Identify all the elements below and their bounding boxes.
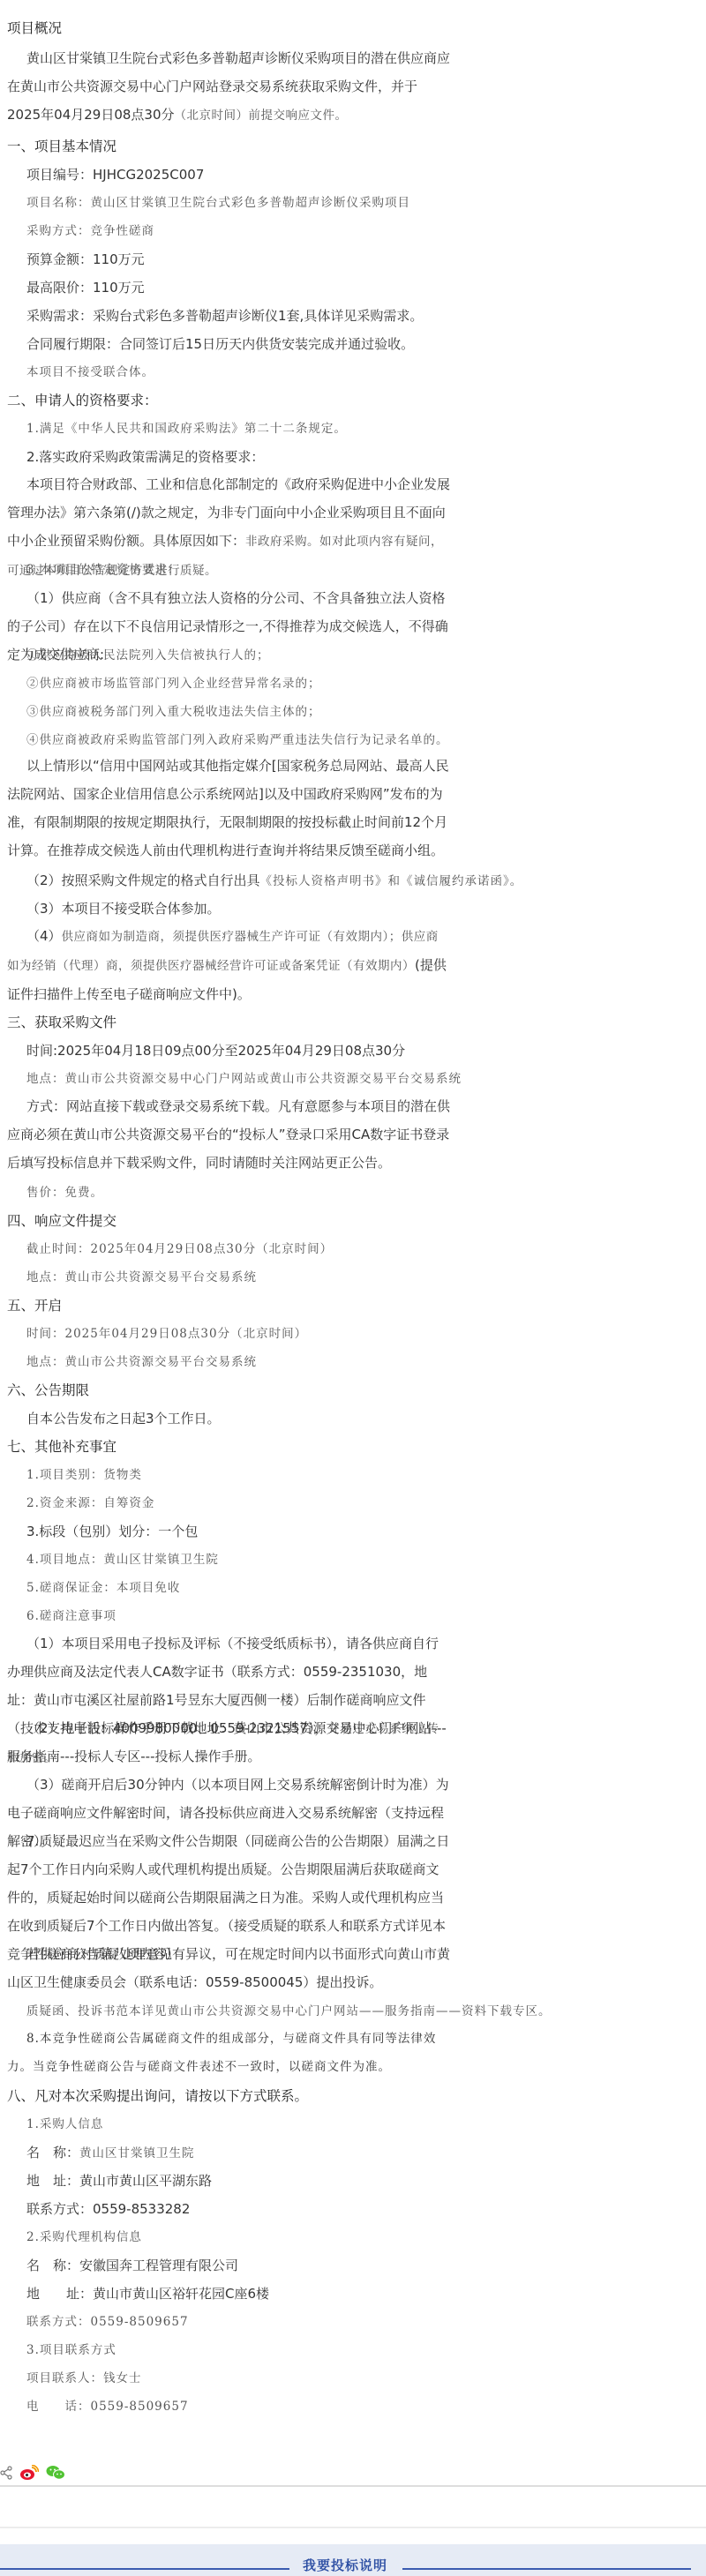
section1-heading: 一、项目基本情况 [7,138,116,155]
consultation-notes-title: 6.磋商注意事项 [26,1607,116,1625]
submission-deadline: 截止时间：2025年04月29日08点30分（北京时间） [26,1240,333,1258]
qualification-sub-4: （4）供应商如为制造商，须提供医疗器械生产许可证（有效期内）；供应商如为经销（代… [7,922,450,1008]
share-bar [0,2464,65,2482]
notice-period: 自本公告发布之日起3个工作日。 [26,1410,221,1427]
submission-place: 地点：黄山市公共资源交易平台交易系统 [26,1269,257,1286]
section7-heading: 七、其他补充事宜 [7,1438,116,1456]
project-category: 1.项目类别：货物类 [26,1466,142,1484]
weibo-icon[interactable] [19,2465,39,2481]
complaint-note: 若供应商对质疑处理意见有异议，可在规定时间内以书面形式向黄山市黄山区卫生健康委员… [7,1940,450,1996]
bid-instructions-header: 我要投标说明 [0,2544,706,2576]
acquisition-method: 方式：网站直接下载或登录交易系统下载。凡有意愿参与本项目的潜在供应商必须在黄山市… [7,1092,450,1177]
acquisition-time: 时间:2025年04月18日09点00分至2025年04月29日08点30分 [26,1042,405,1060]
section6-heading: 六、公告期限 [7,1382,89,1399]
acquisition-place: 地点：黄山市公共资源交易中心门户网站或黄山市公共资源交易平台交易系统 [26,1070,462,1088]
qualification-item-1: 1.满足《中华人民共和国政府采购法》第二十二条规定。 [26,420,347,438]
procurement-demand: 采购需求：采购台式彩色多普勒超声诊断仪1套,具体详见采购需求。 [26,307,423,325]
divider [0,2527,706,2528]
qualification-sub-2: （2）按照采购文件规定的格式自行出具《投标人资格声明书》和《诚信履约承诺函》。 [26,872,522,890]
qualification-sub-3: （3）本项目不接受联合体参加。 [26,900,221,917]
project-number: 项目编号：HJHCG2025C007 [26,166,204,183]
contract-period: 合同履行期限：合同签订后15日历天内供货安装完成并通过验收。 [26,335,414,353]
wechat-icon[interactable] [46,2465,65,2481]
qualification-item-3: 3.本项目的特定资格要求： [26,561,180,579]
purchaser-info-title: 1.采购人信息 [26,2115,103,2133]
bid-deposit: 5.磋商保证金：本项目免收 [26,1579,180,1597]
decorative-rule [0,2568,289,2570]
purchaser-name: 名 称：黄山区甘棠镇卫生院 [26,2144,195,2162]
section5-heading: 五、开启 [7,1297,62,1314]
templates-note: 质疑函、投诉书范本详见黄山市公共资源交易中心门户网站——服务指南——资料下载专区… [26,2003,552,2020]
procurement-method: 采购方式：竞争性磋商 [26,222,154,240]
section8-heading: 八、凡对本次采购提出询问，请按以下方式联系。 [7,2087,308,2105]
qualification-item-2: 2.落实政府采购政策需满足的资格要求： [26,448,264,466]
decorative-rule [402,2568,691,2570]
fund-source: 2.资金来源：自筹资金 [26,1494,154,1512]
budget-amount: 预算金额：110万元 [26,251,145,268]
agency-address: 地 址：黄山市黄山区裕轩花园C座6楼 [26,2285,269,2303]
section3-heading: 三、获取采购文件 [7,1014,116,1031]
agency-contact: 联系方式：0559-8509657 [26,2313,189,2331]
credit-case-3: ③供应商被税务部门列入重大税收违法失信主体的； [26,703,321,721]
purchaser-address: 地 址：黄山市黄山区平湖东路 [26,2172,212,2190]
agency-name: 名 称：安徽国奔工程管理有限公司 [26,2257,238,2274]
opening-place: 地点：黄山市公共资源交易平台交易系统 [26,1353,257,1371]
consortium-note: 本项目不接受联合体。 [26,363,154,381]
manual-download-note: （2）电子投标操作手册下载地址：黄山市公共资源交易中心门户网站---服务指南--… [7,1714,450,1771]
project-contact-title: 3.项目联系方式 [26,2341,116,2359]
share-icon[interactable] [0,2466,12,2480]
bid-instructions-title: 我要投标说明 [303,2556,387,2574]
legal-effect-note: 8.本竞争性磋商公告属磋商文件的组成部分，与磋商文件具有同等法律效力。当竞争性磋… [7,2025,450,2081]
max-price: 最高限价：110万元 [26,279,145,296]
credit-case-1: ①供应商被人民法院列入失信被执行人的； [26,647,270,664]
section2-heading: 二、申请人的资格要求： [7,392,158,409]
credit-case-2: ②供应商被市场监管部门列入企业经营异常名录的； [26,675,321,693]
overview-paragraph: 黄山区甘棠镇卫生院台式彩色多普勒超声诊断仪采购项目的潜在供应商应在黄山市公共资源… [7,44,450,130]
overview-title: 项目概况 [7,19,62,37]
purchaser-contact: 联系方式：0559-8533282 [26,2200,190,2218]
section4-heading: 四、响应文件提交 [7,1212,116,1230]
project-contact-person: 项目联系人：钱女士 [26,2370,142,2387]
project-location: 4.项目地点：黄山区甘棠镇卫生院 [26,1551,219,1569]
credit-case-4: ④供应商被政府采购监管部门列入政府采购严重违法失信行为记录名单的。 [26,731,449,749]
agency-info-title: 2.采购代理机构信息 [26,2228,142,2246]
lot-division: 3.标段（包别）划分：一个包 [26,1523,198,1540]
project-name: 项目名称：黄山区甘棠镇卫生院台式彩色多普勒超声诊断仪采购项目 [26,194,410,212]
document-price: 售价：免费。 [26,1184,103,1202]
project-contact-phone: 电 话：0559-8509657 [26,2398,189,2415]
credit-source-paragraph: 以上情形以“信用中国网站或其他指定媒介[国家税务总局网站、最高人民法院网站、国家… [7,752,450,865]
divider [0,2485,706,2487]
opening-time: 时间：2025年04月29日08点30分（北京时间） [26,1325,307,1343]
